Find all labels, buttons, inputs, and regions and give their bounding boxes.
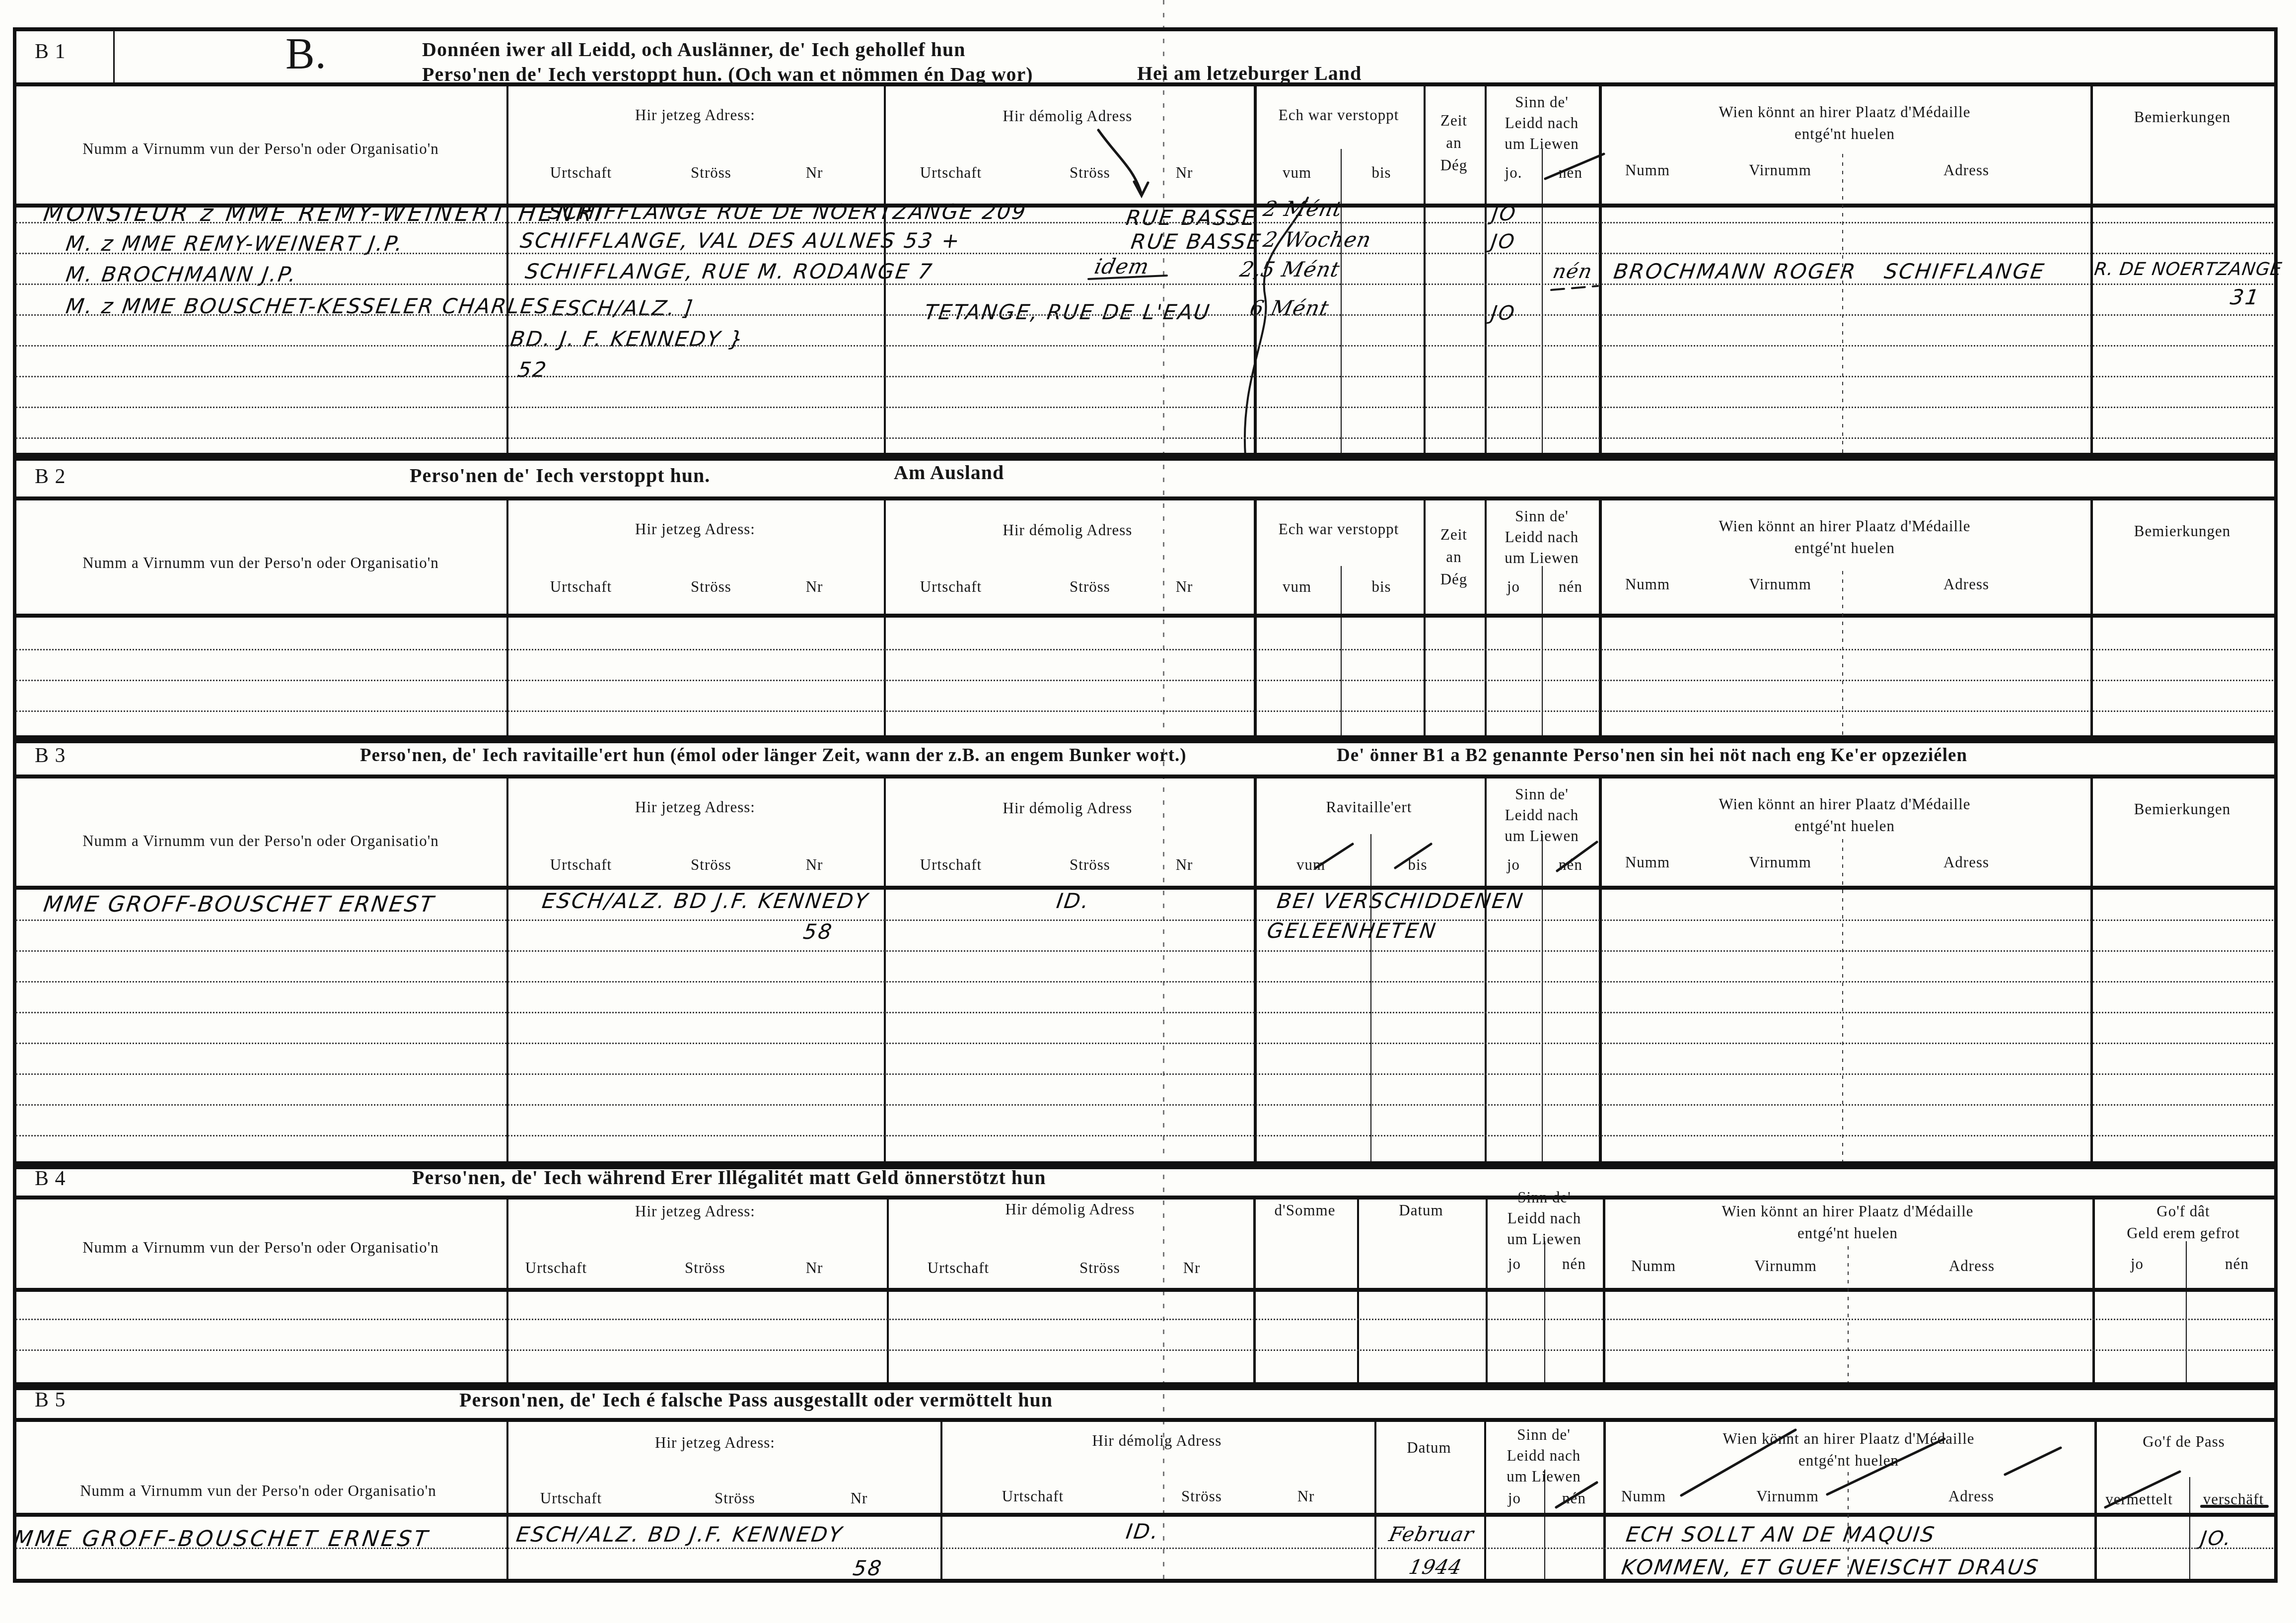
grid-line bbox=[13, 1382, 2278, 1386]
col-header-label: Urtschaft bbox=[920, 164, 982, 182]
section-b5-num: B 5 bbox=[35, 1388, 66, 1412]
col-header-label: Numm a Virnumm vun der Perso'n oder Orga… bbox=[82, 140, 439, 158]
col-header-label: um Liewen bbox=[1505, 549, 1578, 567]
grid-line bbox=[1424, 82, 1426, 453]
col-header-label: Nr bbox=[806, 164, 823, 182]
col-header-label: Numm a Virnumm vun der Perso'n oder Orga… bbox=[80, 1482, 436, 1500]
entry-date: 1944 bbox=[1407, 1556, 1464, 1579]
col-header-label: entgé'nt huelen bbox=[1794, 817, 1895, 835]
entry-former-address: RUE BASSE bbox=[1125, 206, 1259, 230]
grid-line bbox=[884, 496, 886, 735]
grid-line bbox=[1603, 1418, 1606, 1579]
grid-line bbox=[506, 775, 508, 1161]
col-header-label: Urtschaft bbox=[525, 1259, 587, 1277]
col-header-label: Virnumm bbox=[1754, 1257, 1817, 1275]
col-header-label: d'Somme bbox=[1275, 1201, 1336, 1219]
col-header-label: Numm a Virnumm vun der Perso'n oder Orga… bbox=[82, 554, 439, 572]
section-b2-region: Am Ausland bbox=[894, 461, 1004, 484]
col-header-label: Ech war verstoppt bbox=[1279, 106, 1399, 124]
grid-line bbox=[887, 1196, 889, 1382]
entry-remark: R. DE NOERTZANGE bbox=[2093, 259, 2283, 280]
grid-line bbox=[1486, 1196, 1488, 1382]
grid-line bbox=[1544, 1241, 1545, 1382]
col-header-label: Numm bbox=[1625, 575, 1670, 593]
section-b4-num: B 4 bbox=[35, 1167, 66, 1191]
entry-duration: 2 Mént bbox=[1261, 197, 1345, 221]
row-separator bbox=[16, 314, 2273, 316]
col-header-label: bis bbox=[1371, 578, 1391, 596]
row-separator bbox=[16, 950, 2273, 952]
entry-name: MME GROFF-BOUSCHET ERNEST bbox=[42, 892, 436, 917]
col-header-label: Hir jetzeg Adress: bbox=[635, 1202, 755, 1220]
grid-line bbox=[2090, 775, 2093, 1161]
col-header-label: Hir jetzeg Adress: bbox=[635, 520, 755, 538]
col-header-label: Wien könnt an hirer Plaatz d'Médaille bbox=[1719, 795, 1970, 813]
col-header-label: vum bbox=[1296, 856, 1325, 874]
col-header-label: Bemierkungen bbox=[2134, 800, 2231, 818]
row-separator bbox=[16, 1104, 2273, 1106]
entry-current-address: ESCH/ALZ. BD J.F. KENNEDY bbox=[515, 1522, 845, 1547]
entry-former-address: ID. bbox=[1125, 1519, 1161, 1544]
col-header-label: Sinn de' bbox=[1517, 1189, 1571, 1206]
col-header-label: Wien könnt an hirer Plaatz d'Médaille bbox=[1722, 1202, 1973, 1220]
entry-current-address: 52 bbox=[516, 357, 549, 382]
col-header-label: Urtschaft bbox=[920, 856, 982, 874]
grid-line bbox=[1485, 775, 1487, 1161]
row-separator bbox=[16, 710, 2273, 712]
entry-former-address: idem bbox=[1092, 254, 1151, 279]
col-header-label: nén bbox=[1559, 578, 1582, 596]
grid-line bbox=[1374, 1418, 1376, 1579]
col-header-label: Nr bbox=[1176, 578, 1193, 596]
entry-pass-note: KOMMEN, ET GUEF NEISCHT DRAUS bbox=[1620, 1555, 2041, 1579]
strike-medal-icon bbox=[2005, 1448, 2061, 1475]
col-header-label: Ströss bbox=[685, 1259, 725, 1277]
col-header-label: Numm a Virnumm vun der Perso'n oder Orga… bbox=[82, 1239, 439, 1257]
col-header-label: Adress bbox=[1948, 1487, 1994, 1505]
section-b2-num: B 2 bbox=[35, 465, 66, 489]
entry-former-address: TETANGE, RUE DE L'EAU bbox=[923, 300, 1213, 324]
col-header-label: jo bbox=[1508, 1489, 1521, 1507]
col-header-label: Nr bbox=[806, 578, 823, 596]
col-header-label: Sinn de' bbox=[1515, 507, 1568, 525]
col-header-label: an bbox=[1446, 134, 1461, 152]
stross-arrowhead-icon bbox=[1134, 182, 1148, 196]
col-header-label: Urtschaft bbox=[928, 1259, 989, 1277]
grid-line bbox=[13, 496, 2278, 500]
col-header-label: Leidd nach bbox=[1505, 806, 1579, 824]
col-header-label: Urtschaft bbox=[550, 164, 612, 182]
grid-line bbox=[2189, 1477, 2190, 1579]
grid-line bbox=[506, 82, 508, 453]
col-header-label: Nr bbox=[851, 1489, 868, 1507]
entry-date: Februar bbox=[1387, 1523, 1476, 1546]
col-header-label: Nr bbox=[1297, 1487, 1315, 1505]
grid-line bbox=[1848, 1472, 1849, 1579]
grid-line bbox=[13, 27, 2278, 31]
stross-arrow-icon bbox=[1098, 130, 1141, 193]
col-header-label: Hir démolig Adress bbox=[1003, 107, 1133, 125]
col-header-label: verschäft bbox=[2203, 1490, 2264, 1508]
col-header-label: Urtschaft bbox=[550, 578, 612, 596]
col-header-label: Leidd nach bbox=[1507, 1209, 1581, 1227]
entry-name: M. BROCHMANN J.P. bbox=[65, 262, 299, 286]
grid-line bbox=[1254, 82, 1257, 453]
col-header-label: nén bbox=[1562, 1255, 1586, 1273]
col-header-label: Urtschaft bbox=[920, 578, 982, 596]
row-separator bbox=[16, 1135, 2273, 1136]
grid-line bbox=[1253, 1196, 1256, 1382]
grid-line bbox=[2092, 1196, 2095, 1382]
row-separator bbox=[16, 1073, 2273, 1075]
col-header-label: Ströss bbox=[715, 1489, 755, 1507]
col-header-label: Wien könnt an hirer Plaatz d'Médaille bbox=[1722, 1430, 1974, 1448]
col-header-label: jo bbox=[1507, 578, 1520, 596]
col-header-label: Adress bbox=[1943, 161, 1989, 179]
grid-line bbox=[1357, 1196, 1359, 1382]
section-b5-title: Person'nen, de' Iech é falsche Pass ausg… bbox=[459, 1388, 1053, 1411]
entry-current-address: ESCH/ALZ. BD J.F. KENNEDY bbox=[541, 889, 871, 913]
col-header-label: jo bbox=[1508, 1255, 1521, 1273]
entry-pass-answer: JO. bbox=[2199, 1527, 2234, 1550]
col-header-label: entgé'nt huelen bbox=[1797, 1224, 1898, 1242]
grid-line bbox=[1254, 496, 1257, 735]
col-header-label: Go'f dât bbox=[2156, 1202, 2210, 1220]
col-header-label: Numm bbox=[1625, 161, 1670, 179]
row-separator bbox=[16, 407, 2273, 408]
col-header-label: Go'f de Pass bbox=[2143, 1433, 2225, 1451]
grid-line bbox=[113, 27, 115, 82]
grid-line bbox=[1848, 1246, 1849, 1382]
col-header-label: Zeit bbox=[1440, 526, 1467, 544]
row-separator bbox=[16, 919, 2273, 921]
col-header-label: Ech war verstoppt bbox=[1279, 520, 1399, 538]
col-header-label: Leidd nach bbox=[1505, 528, 1579, 546]
col-header-label: Sinn de' bbox=[1517, 1426, 1570, 1444]
section-b3-title: De' önner B1 a B2 genannte Perso'nen sin… bbox=[1337, 745, 1967, 766]
grid-line bbox=[13, 1579, 2278, 1583]
grid-line bbox=[506, 496, 508, 735]
col-header-label: entgé'nt huelen bbox=[1798, 1452, 1899, 1470]
entry-current-address: 58 bbox=[852, 1556, 884, 1580]
grid-line bbox=[1254, 775, 1257, 1161]
col-header-label: vum bbox=[1283, 164, 1311, 182]
col-header-label: Numm bbox=[1631, 1257, 1676, 1275]
col-header-label: nén bbox=[2225, 1255, 2249, 1273]
col-header-label: Wien könnt an hirer Plaatz d'Médaille bbox=[1719, 103, 1970, 121]
col-header-label: Hir jetzeg Adress: bbox=[655, 1434, 775, 1452]
entry-current-address: SCHIFFLANGE, VAL DES AULNES 53 + bbox=[519, 228, 963, 253]
grid-line bbox=[2094, 1418, 2097, 1579]
col-header-label: vermettelt bbox=[2105, 1490, 2173, 1508]
col-header-label: um Liewen bbox=[1507, 1468, 1580, 1485]
grid-line bbox=[1341, 566, 1342, 735]
col-header-label: Ströss bbox=[1070, 856, 1110, 874]
col-header-label: Ströss bbox=[1070, 164, 1110, 182]
col-header-label: Ströss bbox=[691, 578, 731, 596]
section-b1-title: Donnéen iwer all Leidd, och Auslänner, d… bbox=[422, 38, 966, 61]
row-separator bbox=[16, 1548, 2273, 1549]
grid-line bbox=[13, 775, 2278, 778]
grid-line bbox=[1544, 1470, 1545, 1579]
col-header-label: nén bbox=[1559, 164, 1582, 182]
col-header-label: Hir jetzeg Adress: bbox=[635, 798, 755, 816]
section-b1-region: Hei am letzeburger Land bbox=[1137, 62, 1362, 85]
row-separator bbox=[16, 345, 2273, 347]
row-separator bbox=[16, 222, 2273, 223]
grid-line bbox=[13, 735, 2278, 739]
grid-line bbox=[13, 204, 2278, 208]
grid-line bbox=[2186, 1241, 2187, 1382]
grid-line bbox=[1842, 839, 1843, 1161]
col-header-label: nén bbox=[1562, 1489, 1586, 1507]
col-header-label: Leidd nach bbox=[1505, 114, 1579, 132]
col-header-label: Leidd nach bbox=[1507, 1447, 1581, 1465]
col-header-label: Dég bbox=[1440, 156, 1468, 174]
grid-line bbox=[13, 1196, 2278, 1200]
col-header-label: bis bbox=[1408, 856, 1427, 874]
grid-line bbox=[2090, 496, 2093, 735]
grid-line bbox=[13, 614, 2278, 618]
grid-line bbox=[506, 1418, 508, 1579]
col-header-label: Virnumm bbox=[1756, 1487, 1819, 1505]
grid-line bbox=[1599, 82, 1602, 453]
entry-alive: nén bbox=[1551, 260, 1594, 283]
grid-line bbox=[13, 1386, 2278, 1390]
entry-medal-address: SCHIFFLANGE bbox=[1883, 259, 2047, 283]
col-header-label: Hir démolig Adress bbox=[1003, 799, 1133, 817]
entry-supply-note: GELEENHETEN bbox=[1266, 918, 1439, 943]
grid-line bbox=[13, 457, 2278, 461]
col-header-label: entgé'nt huelen bbox=[1794, 539, 1895, 557]
grid-line bbox=[13, 1418, 2278, 1422]
entry-pass-note: ECH SOLLT AN DE MAQUIS bbox=[1625, 1522, 1937, 1547]
col-header-label: Dég bbox=[1440, 570, 1468, 588]
col-header-label: Hir jetzeg Adress: bbox=[635, 106, 755, 124]
col-header-label: Nr bbox=[806, 856, 823, 874]
col-header-label: jo. bbox=[1505, 164, 1522, 182]
col-header-label: Zeit bbox=[1440, 112, 1467, 130]
entry-name: M. z MME REMY-WEINERT J.P. bbox=[65, 231, 406, 256]
col-header-label: Wien könnt an hirer Plaatz d'Médaille bbox=[1719, 517, 1970, 535]
col-header-label: Bemierkungen bbox=[2134, 522, 2231, 540]
entry-alive: JO bbox=[1490, 230, 1517, 253]
col-header-label: Numm bbox=[1621, 1487, 1666, 1505]
col-header-label: um Liewen bbox=[1505, 135, 1578, 153]
col-header-label: Ströss bbox=[1070, 578, 1110, 596]
entry-current-address: 58 bbox=[802, 919, 835, 944]
col-header-label: Adress bbox=[1949, 1257, 1995, 1275]
col-header-label: Numm a Virnumm vun der Perso'n oder Orga… bbox=[82, 832, 439, 850]
grid-line bbox=[506, 1196, 508, 1382]
grid-line bbox=[1485, 496, 1487, 735]
entry-remark: 31 bbox=[2229, 285, 2262, 309]
grid-line bbox=[2090, 82, 2093, 453]
col-header-label: Nr bbox=[806, 1259, 823, 1277]
col-header-label: Sinn de' bbox=[1515, 785, 1568, 803]
grid-line bbox=[13, 27, 16, 1579]
section-b4-title: Perso'nen, de' Iech während Erer Illégal… bbox=[412, 1166, 1046, 1189]
col-header-label: Geld erem gefrot bbox=[2127, 1224, 2240, 1242]
col-header-label: vum bbox=[1283, 578, 1311, 596]
grid-line bbox=[1370, 834, 1371, 1161]
grid-line bbox=[1542, 834, 1543, 1161]
document-page: MONSIEUR z MME REMY-WEINERT HENRI SCHIFF… bbox=[0, 0, 2296, 1623]
row-separator bbox=[16, 437, 2273, 439]
col-header-label: Ströss bbox=[691, 164, 731, 182]
col-header-label: Adress bbox=[1943, 575, 1989, 593]
entry-medal-name: BROCHMANN ROGER bbox=[1612, 259, 1859, 283]
grid-line bbox=[13, 739, 2278, 743]
grid-line bbox=[13, 453, 2278, 457]
grid-line bbox=[1424, 496, 1426, 735]
col-header-label: Nr bbox=[1183, 1259, 1201, 1277]
form-b-letter: B. bbox=[286, 29, 327, 79]
col-header-label: Numm bbox=[1625, 853, 1670, 871]
col-header-label: Ströss bbox=[1181, 1487, 1222, 1505]
section-b3-title: Perso'nen, de' Iech ravitaille'ert hun (… bbox=[360, 745, 1187, 766]
row-separator bbox=[16, 1043, 2273, 1044]
row-separator bbox=[16, 1319, 2273, 1320]
row-separator bbox=[16, 680, 2273, 681]
entry-duration: 6 Mént bbox=[1248, 296, 1331, 320]
grid-line bbox=[1599, 775, 1602, 1161]
grid-line bbox=[13, 1288, 2278, 1292]
section-b2-title: Perso'nen de' Iech verstoppt hun. bbox=[410, 464, 710, 487]
col-header-label: Hir démolig Adress bbox=[1003, 521, 1133, 539]
grid-line bbox=[2274, 27, 2278, 1579]
row-separator bbox=[16, 1012, 2273, 1013]
grid-line bbox=[884, 775, 886, 1161]
entry-former-address: ID. bbox=[1055, 889, 1092, 913]
col-header-label: Hir démolig Adress bbox=[1005, 1200, 1135, 1218]
col-header-label: bis bbox=[1371, 164, 1391, 182]
row-separator bbox=[16, 1349, 2273, 1351]
section-b1-title: Perso'nen de' Iech verstoppt hun. (Och w… bbox=[422, 63, 1033, 86]
col-header-label: Urtschaft bbox=[1002, 1487, 1064, 1505]
col-header-label: Datum bbox=[1399, 1201, 1443, 1219]
col-header-label: um Liewen bbox=[1507, 1230, 1581, 1248]
section-b1-num: B 1 bbox=[35, 40, 66, 64]
row-separator bbox=[16, 283, 2273, 285]
grid-line bbox=[13, 1161, 2278, 1165]
grid-line bbox=[13, 1165, 2278, 1169]
col-header-label: Adress bbox=[1943, 853, 1989, 871]
col-header-label: Urtschaft bbox=[550, 856, 612, 874]
col-header-label: Virnumm bbox=[1749, 161, 1811, 179]
col-header-label: Urtschaft bbox=[540, 1489, 602, 1507]
col-header-label: jo bbox=[2131, 1255, 2144, 1273]
entry-current-address: BD. J. F. KENNEDY } bbox=[509, 327, 746, 351]
entry-alive: JO bbox=[1490, 302, 1517, 325]
grid-line bbox=[13, 886, 2278, 890]
col-header-label: Nr bbox=[1176, 164, 1193, 182]
entry-current-address: SCHIFFLANGE, RUE M. RODANGE 7 bbox=[524, 259, 935, 283]
entry-former-address: RUE BASSE bbox=[1130, 229, 1264, 254]
col-header-label: nén bbox=[1559, 856, 1582, 874]
row-separator bbox=[16, 649, 2273, 650]
row-separator bbox=[16, 376, 2273, 377]
col-header-label: entgé'nt huelen bbox=[1794, 125, 1895, 143]
col-header-label: Sinn de' bbox=[1515, 93, 1568, 111]
grid-line bbox=[13, 1513, 2278, 1517]
col-header-label: an bbox=[1446, 548, 1461, 566]
row-separator bbox=[16, 981, 2273, 983]
grid-line bbox=[1599, 496, 1602, 735]
row-separator bbox=[16, 253, 2273, 254]
grid-line bbox=[1603, 1196, 1605, 1382]
col-header-label: jo bbox=[1507, 856, 1520, 874]
grid-line bbox=[1542, 566, 1543, 735]
entry-current-address: ESCH/ALZ. ] bbox=[551, 296, 696, 320]
grid-line bbox=[1485, 82, 1487, 453]
section-b3-num: B 3 bbox=[35, 744, 66, 768]
entry-supply-note: BEI VERSCHIDDENEN bbox=[1276, 889, 1526, 913]
col-header-label: Datum bbox=[1407, 1439, 1451, 1457]
col-header-label: Ravitaille'ert bbox=[1326, 798, 1412, 816]
col-header-label: Bemierkungen bbox=[2134, 108, 2231, 126]
col-header-label: Hir démolig Adress bbox=[1092, 1432, 1222, 1450]
col-header-label: Nr bbox=[1176, 856, 1193, 874]
entry-duration: 2 Wochen bbox=[1261, 227, 1374, 252]
grid-line bbox=[884, 82, 886, 453]
col-header-label: um Liewen bbox=[1505, 827, 1578, 845]
col-header-label: Virnumm bbox=[1749, 575, 1811, 593]
col-header-label: Ströss bbox=[1079, 1259, 1120, 1277]
grid-line bbox=[1484, 1418, 1486, 1579]
grid-line bbox=[940, 1418, 942, 1579]
col-header-label: Virnumm bbox=[1749, 853, 1811, 871]
col-header-label: Ströss bbox=[691, 856, 731, 874]
underline-nen-icon bbox=[1551, 286, 1598, 290]
